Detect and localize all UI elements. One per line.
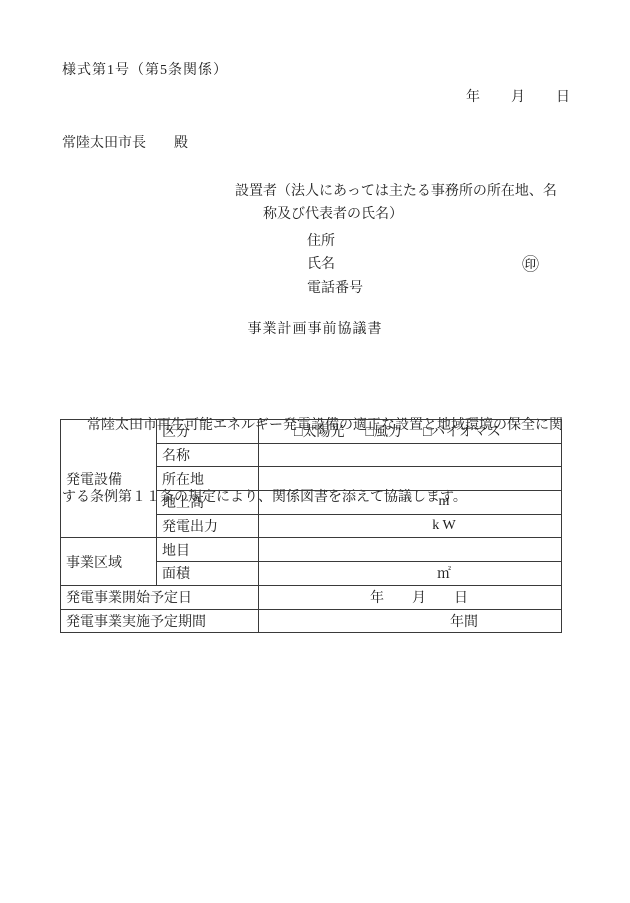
field-label-period: 発電事業実施予定期間 bbox=[61, 609, 259, 633]
checkbox-label-solar: 太陽光 bbox=[302, 425, 344, 440]
value-cell-name bbox=[259, 443, 562, 467]
value-cell-category: □太陽光□風力□バイオマス bbox=[259, 420, 562, 444]
document-title: 事業計画事前協議書 bbox=[0, 322, 630, 338]
value-cell-output-unit: k W bbox=[259, 514, 562, 538]
value-cell-height-unit: m bbox=[259, 491, 562, 515]
seal-icon: ㊞ bbox=[522, 255, 539, 275]
checkbox-option-wind: □風力 bbox=[365, 421, 401, 441]
table-row-category: 発電設備 区分 □太陽光□風力□バイオマス bbox=[61, 420, 562, 444]
consultation-table: 発電設備 区分 □太陽光□風力□バイオマス 名称 所在地 地上高 m 発電出力 … bbox=[60, 419, 562, 633]
field-label-output: 発電出力 bbox=[157, 514, 259, 538]
installer-heading-line2: 称及び代表者の氏名） bbox=[263, 207, 403, 223]
field-label-category: 区分 bbox=[157, 420, 259, 444]
value-cell-period: 年間 bbox=[259, 609, 562, 633]
installer-heading-line1: 設置者（法人にあっては主たる事務所の所在地、名 bbox=[235, 184, 557, 200]
checkbox-option-solar: □太陽光 bbox=[294, 421, 344, 441]
installer-name-label: 氏名 bbox=[307, 257, 335, 273]
value-cell-area-unit: ㎡ bbox=[259, 562, 562, 586]
checkbox-option-biomass: □バイオマス bbox=[423, 421, 501, 441]
addressee: 常陸太田市長 殿 bbox=[62, 136, 188, 152]
installer-phone-label: 電話番号 bbox=[307, 281, 363, 297]
installer-address-label: 住所 bbox=[307, 234, 335, 250]
form-number: 様式第1号（第5条関係） bbox=[62, 63, 228, 79]
field-label-height: 地上高 bbox=[157, 491, 259, 515]
value-cell-land-category bbox=[259, 538, 562, 562]
field-label-location: 所在地 bbox=[157, 467, 259, 491]
field-label-start-date: 発電事業開始予定日 bbox=[61, 585, 259, 609]
field-label-name: 名称 bbox=[157, 443, 259, 467]
table-row-period: 発電事業実施予定期間 年間 bbox=[61, 609, 562, 633]
value-cell-location bbox=[259, 467, 562, 491]
value-cell-start-date: 年 月 日 bbox=[259, 585, 562, 609]
checkbox-icon-wind: □ bbox=[365, 425, 373, 440]
table-row-start-date: 発電事業開始予定日 年 月 日 bbox=[61, 585, 562, 609]
field-label-area-size: 面積 bbox=[157, 562, 259, 586]
document-page: 様式第1号（第5条関係） 年 月 日 常陸太田市長 殿 設置者（法人にあっては主… bbox=[0, 0, 630, 903]
table-row-land-category: 事業区域 地目 bbox=[61, 538, 562, 562]
checkbox-label-biomass: バイオマス bbox=[431, 425, 501, 440]
group-label-area: 事業区域 bbox=[61, 538, 157, 585]
field-label-land-category: 地目 bbox=[157, 538, 259, 562]
date-line: 年 月 日 bbox=[466, 90, 571, 106]
checkbox-label-wind: 風力 bbox=[374, 425, 402, 440]
group-label-generator: 発電設備 bbox=[61, 420, 157, 538]
